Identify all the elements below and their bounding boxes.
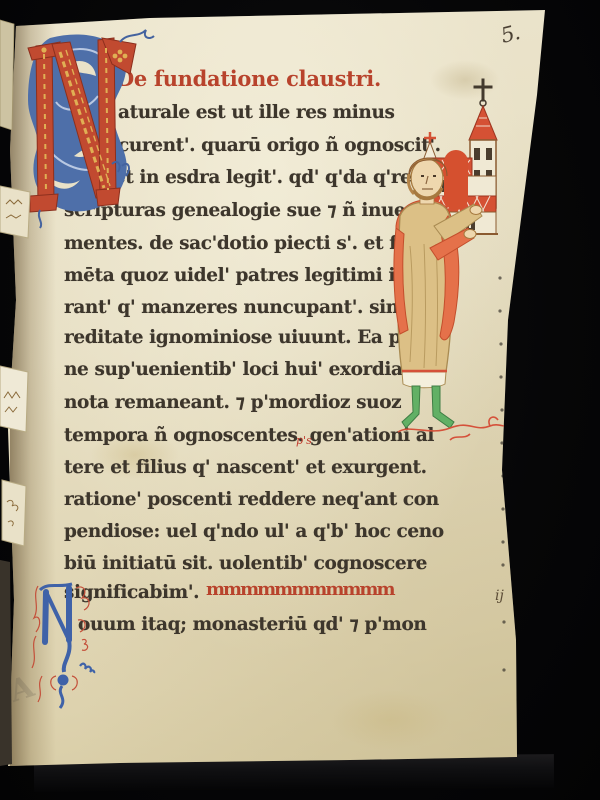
- text-line: nota remaneant. ⁊ p'mordioz suoz: [64, 392, 401, 413]
- stocking: [432, 386, 454, 428]
- hand: [470, 206, 482, 215]
- text-line: ratione' poscenti reddere neq'ant con: [64, 489, 439, 510]
- repair-tab: [0, 186, 30, 238]
- text-line: reditate ignominiose uiuunt. Ea p'pi: [64, 327, 426, 348]
- text-line: pendiose: uel q'ndo ul' a q'b' hoc ceno: [64, 521, 444, 542]
- correction-mark: p's: [296, 434, 312, 447]
- text-line: rant' q' manzeres nuncupant'. sine he: [64, 297, 441, 318]
- initial-letterform: [40, 584, 94, 708]
- repair-tab: [0, 366, 28, 432]
- text-line: ne sup'uenientib' loci hui' exordia ig: [64, 359, 428, 380]
- text-line: aturale est ut ille res minus: [118, 102, 395, 123]
- stocking: [402, 386, 420, 428]
- folio-number: 5.: [498, 20, 521, 48]
- manuscript-photo: 5. ij De fundatione claustri. aturale es…: [0, 0, 600, 800]
- gutter-edge-tabs: [0, 0, 44, 800]
- hand: [464, 230, 476, 239]
- red-arch-niche: [444, 150, 468, 210]
- text-line: mēta quoz uidel' patres legitimi igno: [64, 265, 432, 286]
- red-line-filler: mmmmmmmmmmm: [206, 579, 394, 600]
- text-line: tempora ñ ognoscentes. gen'ationi al: [64, 425, 434, 446]
- parchment-stain: [330, 690, 450, 750]
- text-line: ouum itaq; monasteriū qd' ⁊ p'mon: [78, 614, 426, 635]
- cross-finial-icon: [475, 80, 491, 100]
- text-line: tere et filius q' nascent' et exurgent.: [64, 457, 427, 478]
- text-line: biū initiatū sit. uolentib' cognoscere: [64, 553, 427, 574]
- filigree-initial-N: [32, 580, 112, 715]
- hem-lining: [402, 372, 446, 388]
- repair-tab: [2, 480, 26, 546]
- text-line: mentes. de sac'dotio piecti s'. et filii: [64, 233, 423, 254]
- pricking-holes: [492, 270, 508, 690]
- parchment-page: 5. ij De fundatione claustri. aturale es…: [0, 0, 600, 800]
